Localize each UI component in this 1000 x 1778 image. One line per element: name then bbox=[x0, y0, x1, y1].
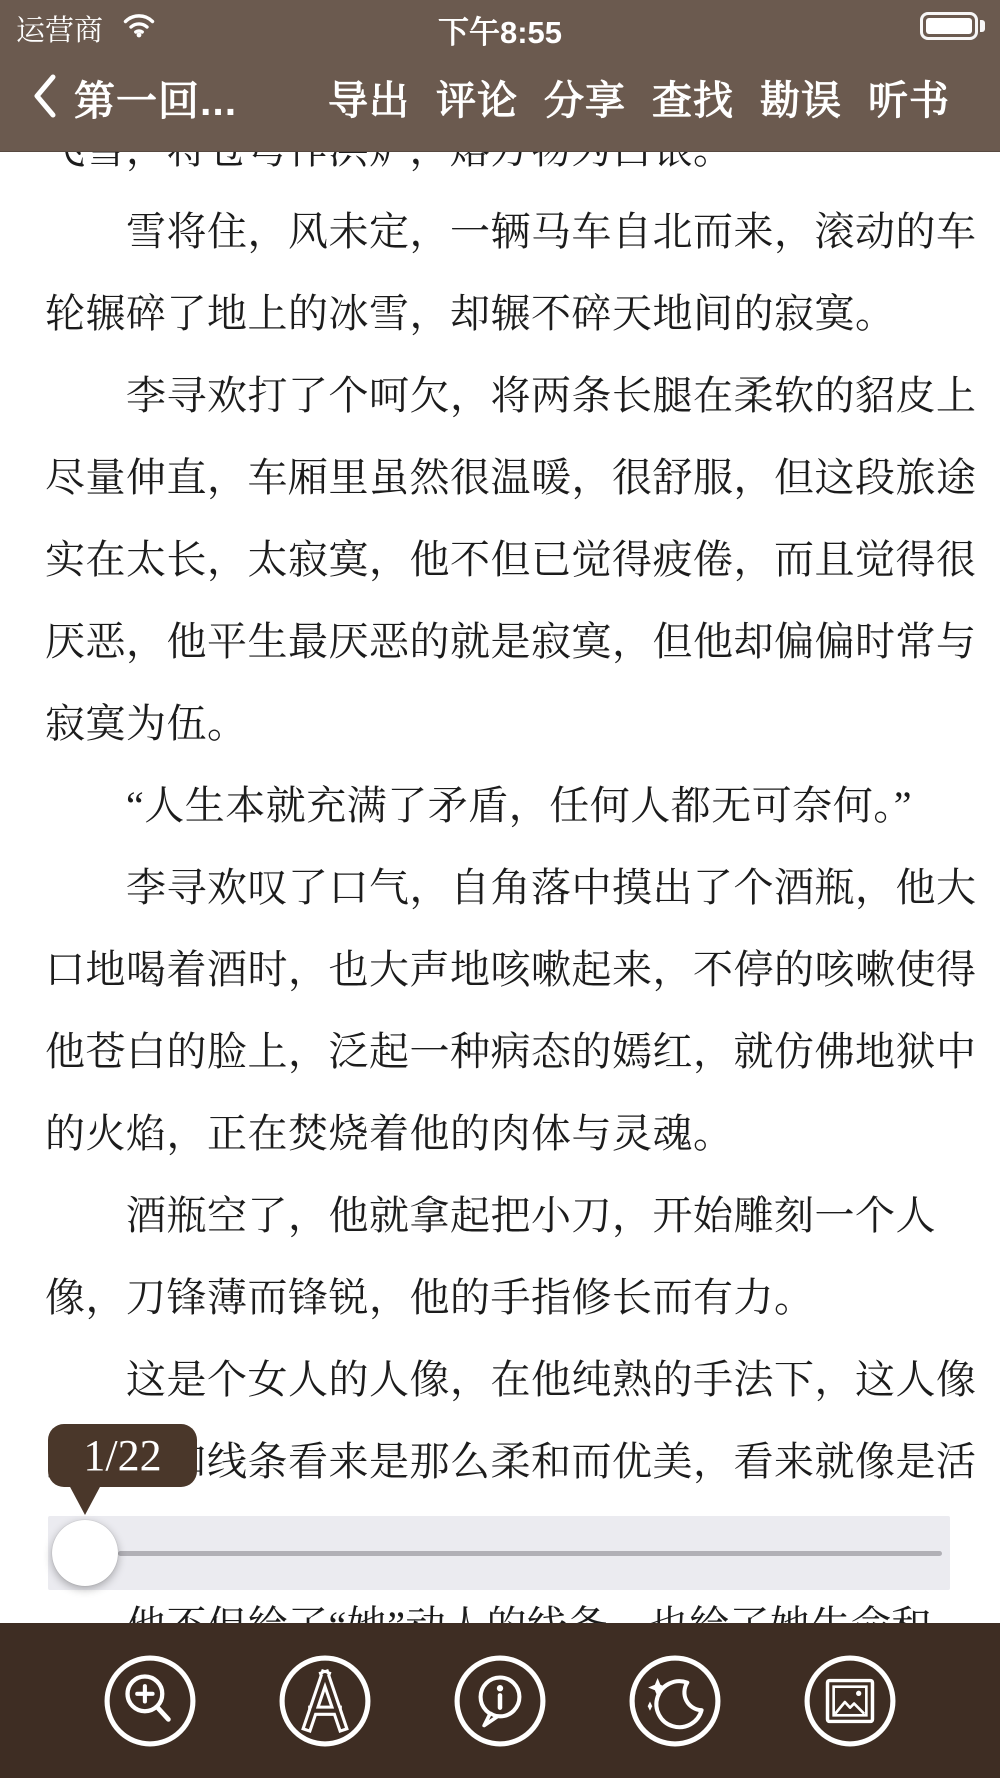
battery-nub bbox=[980, 20, 985, 32]
text-line: 他苍白的脸上，泛起一种病态的嫣红，就仿佛地狱中 bbox=[45, 1011, 965, 1093]
slider-thumb[interactable] bbox=[52, 1520, 118, 1586]
export-button[interactable]: 导出 bbox=[328, 69, 410, 126]
text-line: 口地喝着酒时，也大声地咳嗽起来，不停的咳嗽使得 bbox=[45, 929, 965, 1011]
chapter-title: 第一回... bbox=[74, 68, 237, 127]
picture-icon bbox=[803, 1654, 897, 1748]
text-line: 轮辗碎了地上的冰雪，却辗不碎天地间的寂寞。 bbox=[45, 273, 965, 355]
share-button[interactable]: 分享 bbox=[544, 69, 626, 126]
header: 运营商 下午8:55 bbox=[0, 0, 1000, 152]
magnifier-plus-icon bbox=[103, 1654, 197, 1748]
font-settings-button[interactable] bbox=[278, 1654, 372, 1748]
text-line: 像，刀锋薄而锋锐，他的手指修长而有力。 bbox=[45, 1257, 965, 1339]
info-bubble-icon bbox=[453, 1654, 547, 1748]
comment-button[interactable]: 评论 bbox=[436, 69, 518, 126]
errata-button[interactable]: 勘误 bbox=[760, 69, 842, 126]
text-line: 厌恶，他平生最厌恶的就是寂寞，但他却偏偏时常与 bbox=[45, 601, 965, 683]
bottom-toolbar bbox=[0, 1623, 1000, 1778]
text-line: 酒瓶空了，他就拿起把小刀，开始雕刻一个人 bbox=[45, 1175, 965, 1257]
night-mode-button[interactable] bbox=[628, 1654, 722, 1748]
bubble-tail-icon bbox=[69, 1485, 101, 1515]
nav-actions: 导出 评论 分享 查找 勘误 听书 bbox=[328, 69, 950, 126]
page-indicator-label: 1/22 bbox=[83, 1430, 161, 1481]
progress-slider[interactable] bbox=[48, 1516, 950, 1590]
status-bar: 运营商 下午8:55 bbox=[0, 0, 1000, 48]
text-line: 寂寞为伍。 bbox=[45, 683, 965, 765]
info-button[interactable] bbox=[453, 1654, 547, 1748]
ebook-reader-screen: 飞雪，将苍穹作洪炉，熔万物为白银。 雪将住，风未定，一辆马车自北而来，滚动的车轮… bbox=[0, 0, 1000, 1778]
slider-track[interactable] bbox=[118, 1551, 942, 1556]
text-line: 李寻欢打了个呵欠，将两条长腿在柔软的貂皮上 bbox=[45, 355, 965, 437]
listen-button[interactable]: 听书 bbox=[868, 69, 950, 126]
text-line: 实在太长，太寂寞，他不但已觉得疲倦，而且觉得很 bbox=[45, 519, 965, 601]
battery-icon bbox=[920, 12, 978, 40]
text-line: 这是个女人的人像，在他纯熟的手法下，这人像 bbox=[45, 1339, 965, 1421]
find-button[interactable]: 查找 bbox=[652, 69, 734, 126]
text-line: 尽量伸直，车厢里虽然很温暖，很舒服，但这段旅途 bbox=[45, 437, 965, 519]
battery-fill bbox=[926, 18, 972, 34]
background-image-button[interactable] bbox=[803, 1654, 897, 1748]
nav-bar: 第一回... 导出 评论 分享 查找 勘误 听书 bbox=[0, 48, 1000, 152]
chevron-left-icon bbox=[30, 72, 58, 123]
moon-sparkles-icon bbox=[628, 1654, 722, 1748]
page-indicator-bubble: 1/22 bbox=[48, 1424, 197, 1487]
clock-label: 下午8:55 bbox=[0, 7, 1000, 52]
back-button[interactable] bbox=[30, 72, 58, 123]
text-line: 的火焰，正在焚烧着他的肉体与灵魂。 bbox=[45, 1093, 965, 1175]
zoom-button[interactable] bbox=[103, 1654, 197, 1748]
text-line: 李寻欢叹了口气，自角落中摸出了个酒瓶，他大 bbox=[45, 847, 965, 929]
text-line: 雪将住，风未定，一辆马车自北而来，滚动的车 bbox=[45, 191, 965, 273]
letter-a-icon bbox=[278, 1654, 372, 1748]
text-line: “人生本就充满了矛盾，任何人都无可奈何。” bbox=[45, 765, 965, 847]
